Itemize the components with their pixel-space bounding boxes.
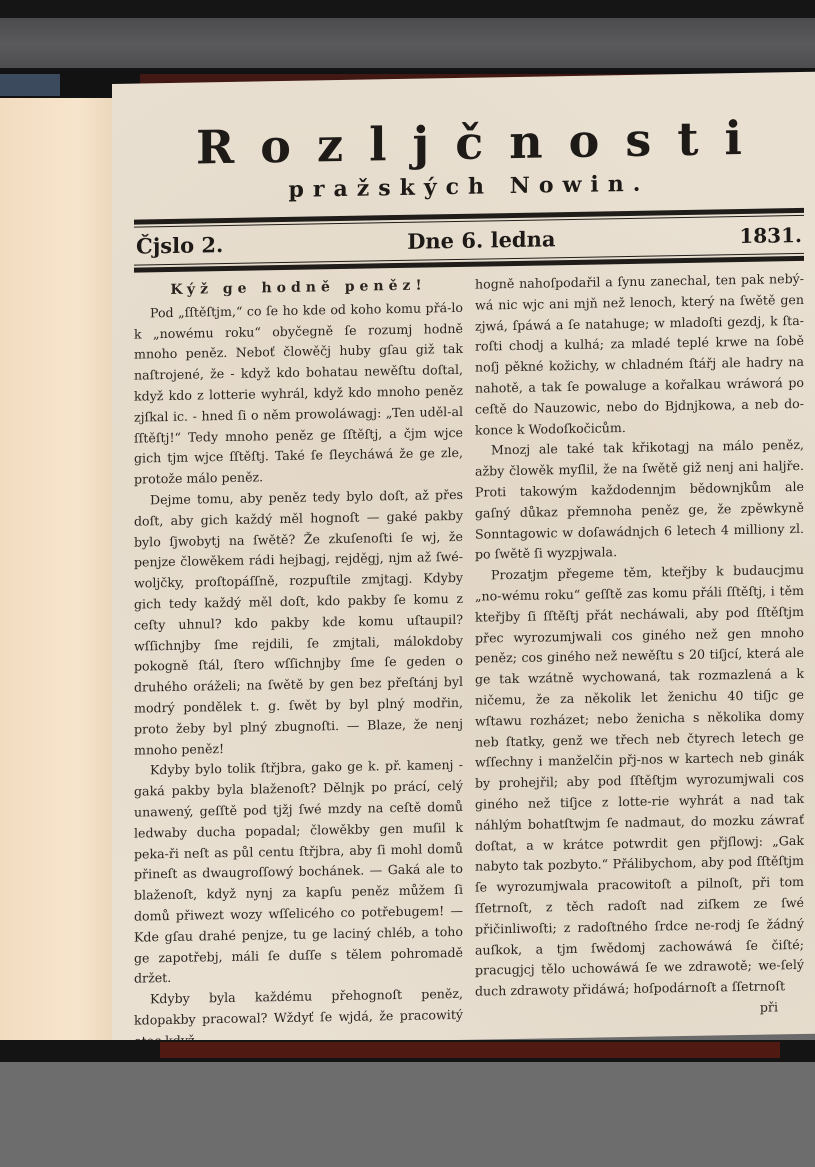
article-heading: Kýž ge hodně peněz! bbox=[134, 275, 463, 302]
issue-date: Dne 6. ledna bbox=[407, 226, 555, 254]
masthead: Rozljčnosti pražských Nowin. bbox=[134, 110, 804, 206]
masthead-title: Rozljčnosti bbox=[134, 110, 804, 176]
scanner-background-bottom bbox=[0, 1062, 815, 1167]
paragraph: Pod „ſſtěſtjm,“ co ſe ho kde od koho kom… bbox=[134, 298, 463, 491]
paragraph: Kdyby bylo tolik ſtřjbra, gako ge k. př.… bbox=[134, 755, 463, 990]
binding-red-edge-bottom bbox=[160, 1042, 780, 1058]
issue-number: Čjslo 2. bbox=[136, 232, 223, 259]
column-left: Kýž ge hodně peněz! Pod „ſſtěſtjm,“ co ſ… bbox=[134, 275, 463, 1052]
issue-year: 1831. bbox=[739, 223, 802, 248]
paragraph: Prozatjm přegeme těm, kteřjby k budaucjm… bbox=[475, 560, 804, 1002]
left-facing-page bbox=[0, 98, 128, 1042]
paragraph: Dejme tomu, aby peněz tedy bylo doſt, až… bbox=[134, 485, 463, 761]
book-binding-bottom-edge bbox=[0, 1040, 815, 1062]
scanner-edge-top bbox=[0, 0, 815, 18]
scanner-glass-band-top bbox=[0, 18, 815, 70]
column-right: hogně nahoſpodařil a ſynu zanechal, ten … bbox=[475, 269, 804, 1046]
newspaper-page: Rozljčnosti pražských Nowin. Čjslo 2. Dn… bbox=[112, 72, 815, 1046]
page-content: Rozljčnosti pražských Nowin. Čjslo 2. Dn… bbox=[134, 90, 804, 1052]
paragraph: Mnozj ale také tak křikotagj na málo pen… bbox=[475, 435, 804, 566]
binding-cloth-corner bbox=[0, 74, 60, 96]
article-columns: Kýž ge hodně peněz! Pod „ſſtěſtjm,“ co ſ… bbox=[134, 269, 804, 1052]
paragraph: hogně nahoſpodařil a ſynu zanechal, ten … bbox=[475, 269, 804, 441]
